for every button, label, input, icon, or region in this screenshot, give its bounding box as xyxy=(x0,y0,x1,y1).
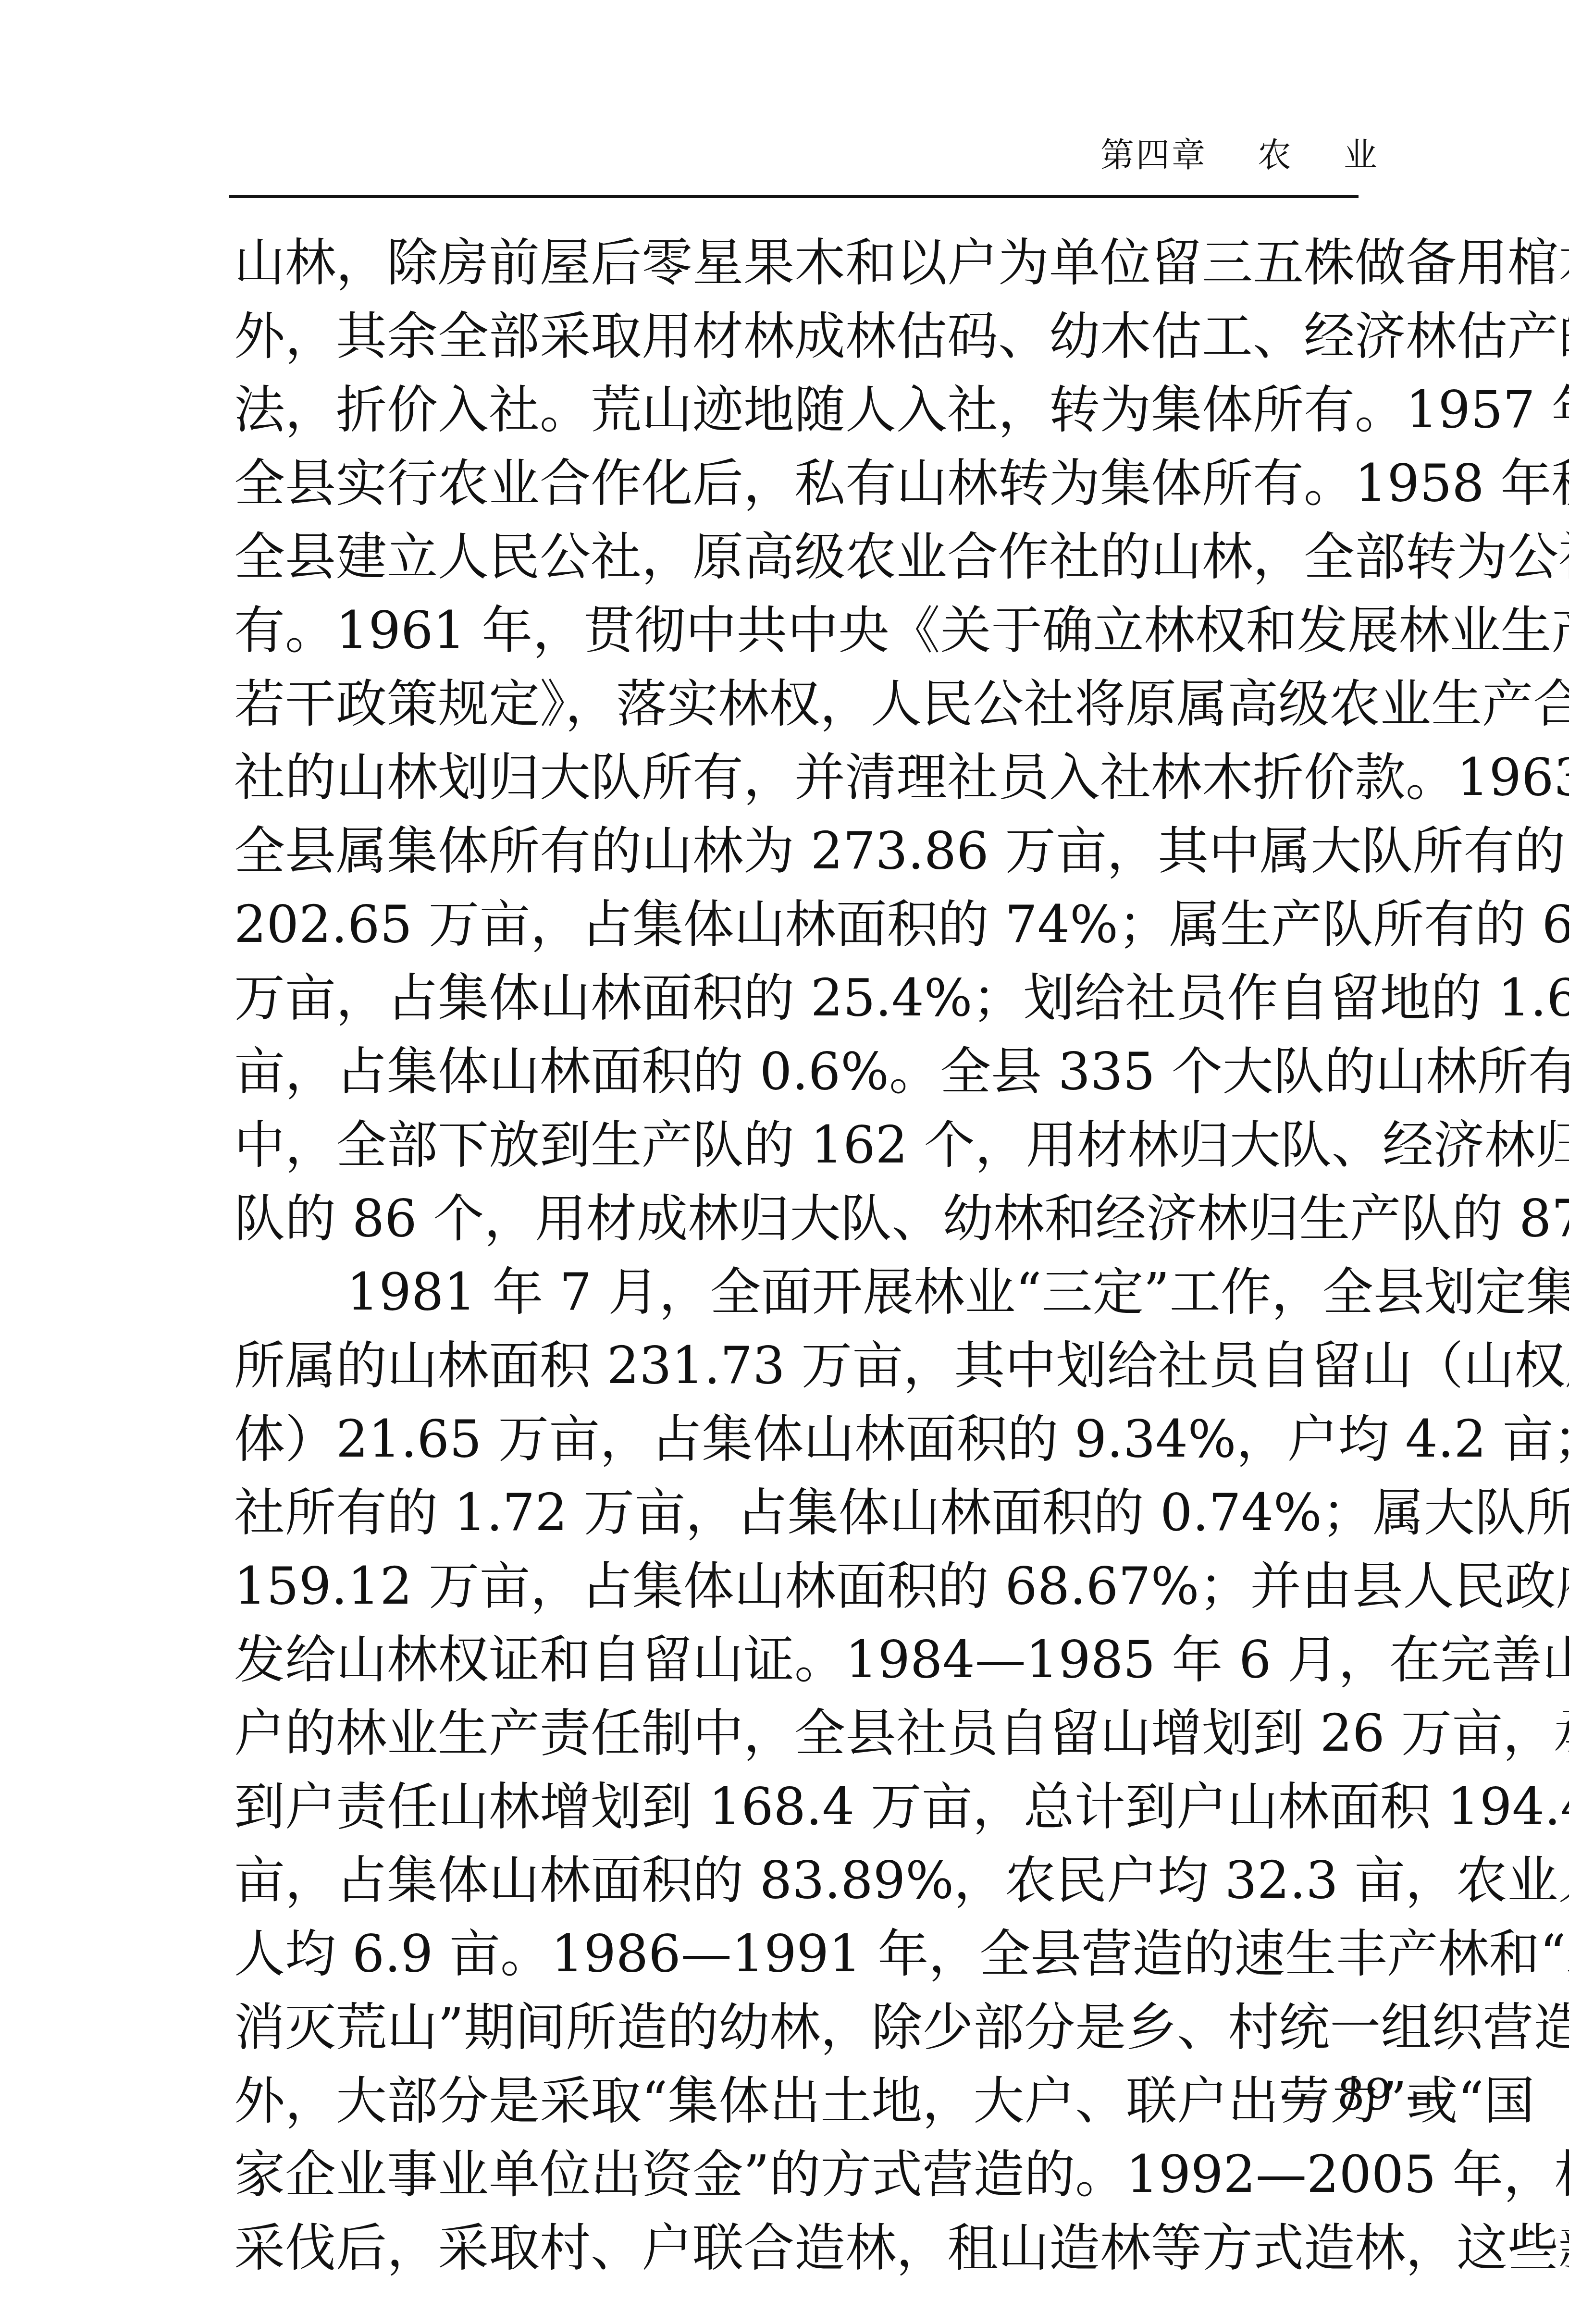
header-rule-divider xyxy=(229,195,1359,198)
page-number: — 89 — xyxy=(1269,2066,1461,2124)
text-line: 万亩，占集体山林面积的 25.4%；划给社员作自留地的 1.65 万 xyxy=(234,961,1359,1035)
paragraph-2: 1981 年 7 月，全面开展林业“三定”工作，全县划定集体 所属的山林面积 2… xyxy=(234,1255,1359,2285)
text-line: 队的 86 个，用材成林归大队、幼林和经济林归生产队的 87 个。 xyxy=(234,1182,1359,1255)
running-header-chapter-title: 第四章 农 业 xyxy=(1100,129,1360,182)
text-line: 中，全部下放到生产队的 162 个，用材林归大队、经济林归生产 xyxy=(234,1108,1359,1182)
text-line: 发给山林权证和自留山证。1984—1985 年 6 月，在完善山林到 xyxy=(234,1623,1359,1696)
text-line: 到户责任山林增划到 168.4 万亩，总计到户山林面积 194.4 万 xyxy=(234,1770,1359,1843)
text-line: 采伐后，采取村、户联合造林，租山造林等方式造林，这些新造 xyxy=(234,2211,1359,2285)
text-line: 户的林业生产责任制中，全县社员自留山增划到 26 万亩，承包 xyxy=(234,1696,1359,1770)
text-line: 亩，占集体山林面积的 83.89%，农民户均 32.3 亩，农业人口 xyxy=(234,1843,1359,1917)
text-line: 有。1961 年，贯彻中共中央《关于确立林权和发展林业生产的 xyxy=(234,593,1359,667)
text-line: 全县属集体所有的山林为 273.86 万亩，其中属大队所有的 xyxy=(234,814,1359,888)
text-line: 法，折价入社。荒山迹地随人入社，转为集体所有。1957 年， xyxy=(234,373,1359,446)
text-line: 全县实行农业合作化后，私有山林转为集体所有。1958 年秋， xyxy=(234,446,1359,520)
text-line: 全县建立人民公社，原高级农业合作社的山林，全部转为公社所 xyxy=(234,520,1359,593)
text-line-indented: 1981 年 7 月，全面开展林业“三定”工作，全县划定集体 xyxy=(234,1255,1359,1329)
text-line: 消灭荒山”期间所造的幼林，除少部分是乡、村统一组织营造 xyxy=(234,1990,1359,2064)
paragraph-1: 山林，除房前屋后零星果木和以户为单位留三五株做备用棺木料 外，其余全部采取用材林… xyxy=(234,226,1359,1255)
text-line: 外，大部分是采取“集体出土地，大户、联户出劳力”或“国 xyxy=(234,2064,1359,2138)
text-line: 山林，除房前屋后零星果木和以户为单位留三五株做备用棺木料 xyxy=(234,226,1359,299)
text-line: 159.12 万亩，占集体山林面积的 68.67%；并由县人民政府分别 xyxy=(234,1549,1359,1623)
text-line: 人均 6.9 亩。1986—1991 年，全县营造的速生丰产林和“三年 xyxy=(234,1917,1359,1990)
text-line: 202.65 万亩，占集体山林面积的 74%；属生产队所有的 69.56 xyxy=(234,888,1359,961)
text-line: 社的山林划归大队所有，并清理社员入社林木折价款。1963 年， xyxy=(234,741,1359,814)
text-line: 所属的山林面积 231.73 万亩，其中划给社员自留山（山权属集 xyxy=(234,1329,1359,1402)
text-line: 外，其余全部采取用材林成林估码、幼木估工、经济林估产的办 xyxy=(234,299,1359,373)
text-line: 家企业事业单位出资金”的方式营造的。1992—2005 年，林木 xyxy=(234,2138,1359,2211)
text-line: 体）21.65 万亩，占集体山林面积的 9.34%，户均 4.2 亩；属公 xyxy=(234,1402,1359,1476)
body-text: 山林，除房前屋后零星果木和以户为单位留三五株做备用棺木料 外，其余全部采取用材林… xyxy=(234,226,1359,2285)
text-line: 亩，占集体山林面积的 0.6%。全县 335 个大队的山林所有权 xyxy=(234,1035,1359,1108)
text-line: 社所有的 1.72 万亩，占集体山林面积的 0.74%；属大队所有的 xyxy=(234,1476,1359,1549)
text-line: 若干政策规定》，落实林权，人民公社将原属高级农业生产合作 xyxy=(234,667,1359,741)
